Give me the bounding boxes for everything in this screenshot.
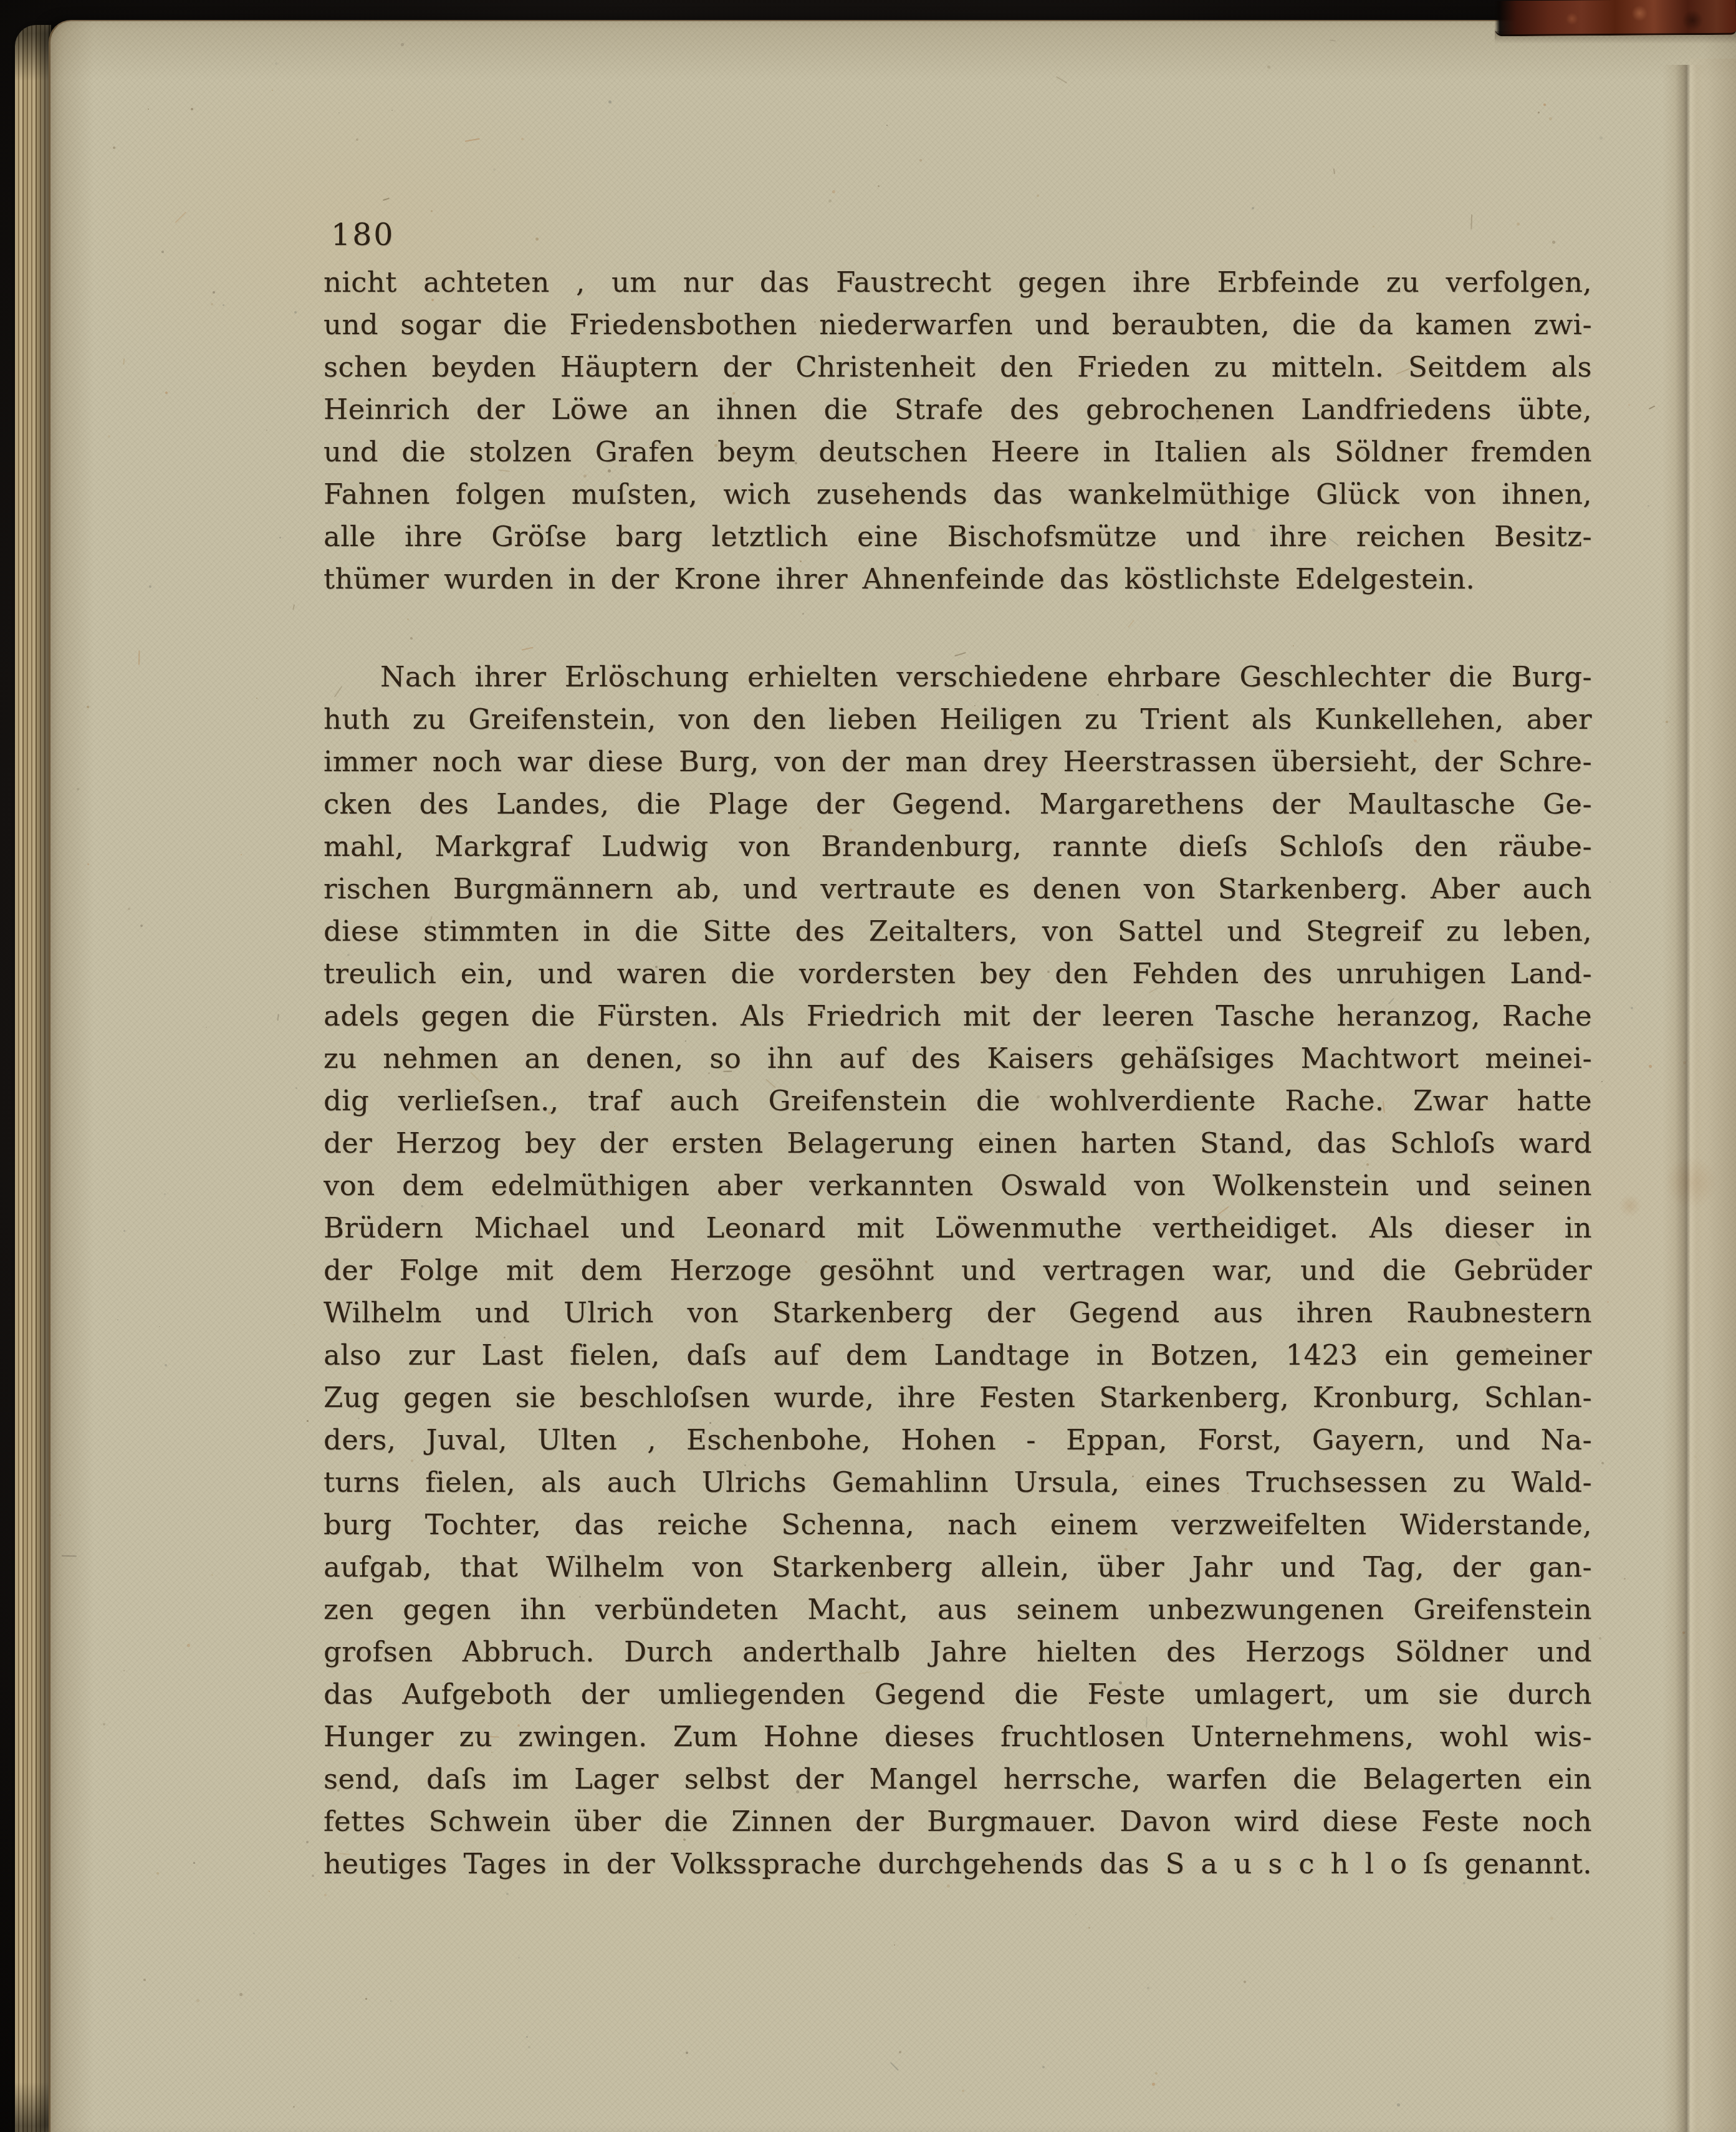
text-line: mahl, Markgraf Ludwig von Brandenburg, r… [324, 825, 1592, 868]
text-line: und sogar die Friedensbothen niederwarfe… [324, 304, 1592, 346]
text-line: burg Tochter, das reiche Schenna, nach e… [324, 1504, 1592, 1546]
text-line: send, daſs im Lager selbst der Mangel he… [324, 1758, 1592, 1800]
paragraph: Nach ihrer Erlöschung erhielten verschie… [324, 656, 1592, 1885]
text-line: cken des Landes, die Plage der Gegend. M… [324, 783, 1592, 825]
text-line: das Aufgeboth der umliegenden Gegend die… [324, 1673, 1592, 1716]
text-line: ders, Juval, Ulten , Eschenbohe, Hohen -… [324, 1419, 1592, 1461]
text-line: adels gegen die Fürsten. Als Friedrich m… [324, 995, 1592, 1037]
text-line: schen beyden Häuptern der Christenheit d… [324, 346, 1592, 388]
text-line: Fahnen folgen muſsten, wich zusehends da… [324, 473, 1592, 516]
leather-binding-edge [1495, 0, 1736, 36]
text-line: und die stolzen Grafen beym deutschen He… [324, 431, 1592, 473]
page-number: 180 [331, 219, 395, 250]
text-line: nicht achteten , um nur das Faustrecht g… [324, 261, 1592, 304]
text-line: immer noch war diese Burg, von der man d… [324, 741, 1592, 783]
text-line: thümer wurden in der Krone ihrer Ahnenfe… [324, 558, 1592, 600]
facing-page-sliver [1690, 59, 1736, 2132]
text-line: diese stimmten in die Sitte des Zeitalte… [324, 910, 1592, 953]
text-line: heutiges Tages in der Volkssprache durch… [324, 1843, 1592, 1885]
text-line: Brüdern Michael und Leonard mit Löwenmut… [324, 1207, 1592, 1249]
paragraph: nicht achteten , um nur das Faustrecht g… [324, 261, 1592, 600]
text-line: turns fielen, als auch Ulrichs Gemahlinn… [324, 1461, 1592, 1504]
text-line: huth zu Greifenstein, von den lieben Hei… [324, 698, 1592, 741]
text-line: alle ihre Gröſse barg letztlich eine Bis… [324, 516, 1592, 558]
text-line: Nach ihrer Erlöschung erhielten verschie… [324, 656, 1592, 698]
text-line: Zug gegen sie beschloſsen wurde, ihre Fe… [324, 1376, 1592, 1419]
page-fore-edges [15, 25, 51, 2132]
text-line: rischen Burgmännern ab, und vertraute es… [324, 868, 1592, 910]
text-line: der Herzog bey der ersten Belagerung ein… [324, 1122, 1592, 1164]
text-line: der Folge mit dem Herzoge gesöhnt und ve… [324, 1249, 1592, 1292]
text-line: von dem edelmüthigen aber verkannten Osw… [324, 1164, 1592, 1207]
text-line: dig verlieſsen., traf auch Greifenstein … [324, 1080, 1592, 1122]
text-line: also zur Last fielen, daſs auf dem Landt… [324, 1334, 1592, 1376]
text-line: aufgab, that Wilhelm von Starkenberg all… [324, 1546, 1592, 1588]
text-block: nicht achteten , um nur das Faustrecht g… [324, 261, 1592, 1885]
book-page: 180 nicht achteten , um nur das Faustrec… [49, 20, 1736, 2132]
text-line: Wilhelm und Ulrich von Starkenberg der G… [324, 1292, 1592, 1334]
text-line: Hunger zu zwingen. Zum Hohne dieses fruc… [324, 1716, 1592, 1758]
text-line: zu nehmen an denen, so ihn auf des Kaise… [324, 1037, 1592, 1080]
scanned-book-photo: 180 nicht achteten , um nur das Faustrec… [0, 0, 1736, 2132]
text-line: zen gegen ihn verbündeten Macht, aus sei… [324, 1588, 1592, 1631]
text-line: fettes Schwein über die Zinnen der Burgm… [324, 1800, 1592, 1843]
text-line: grofsen Abbruch. Durch anderthalb Jahre … [324, 1631, 1592, 1673]
text-line: treulich ein, und waren die vordersten b… [324, 953, 1592, 995]
text-line: Heinrich der Löwe an ihnen die Strafe de… [324, 388, 1592, 431]
